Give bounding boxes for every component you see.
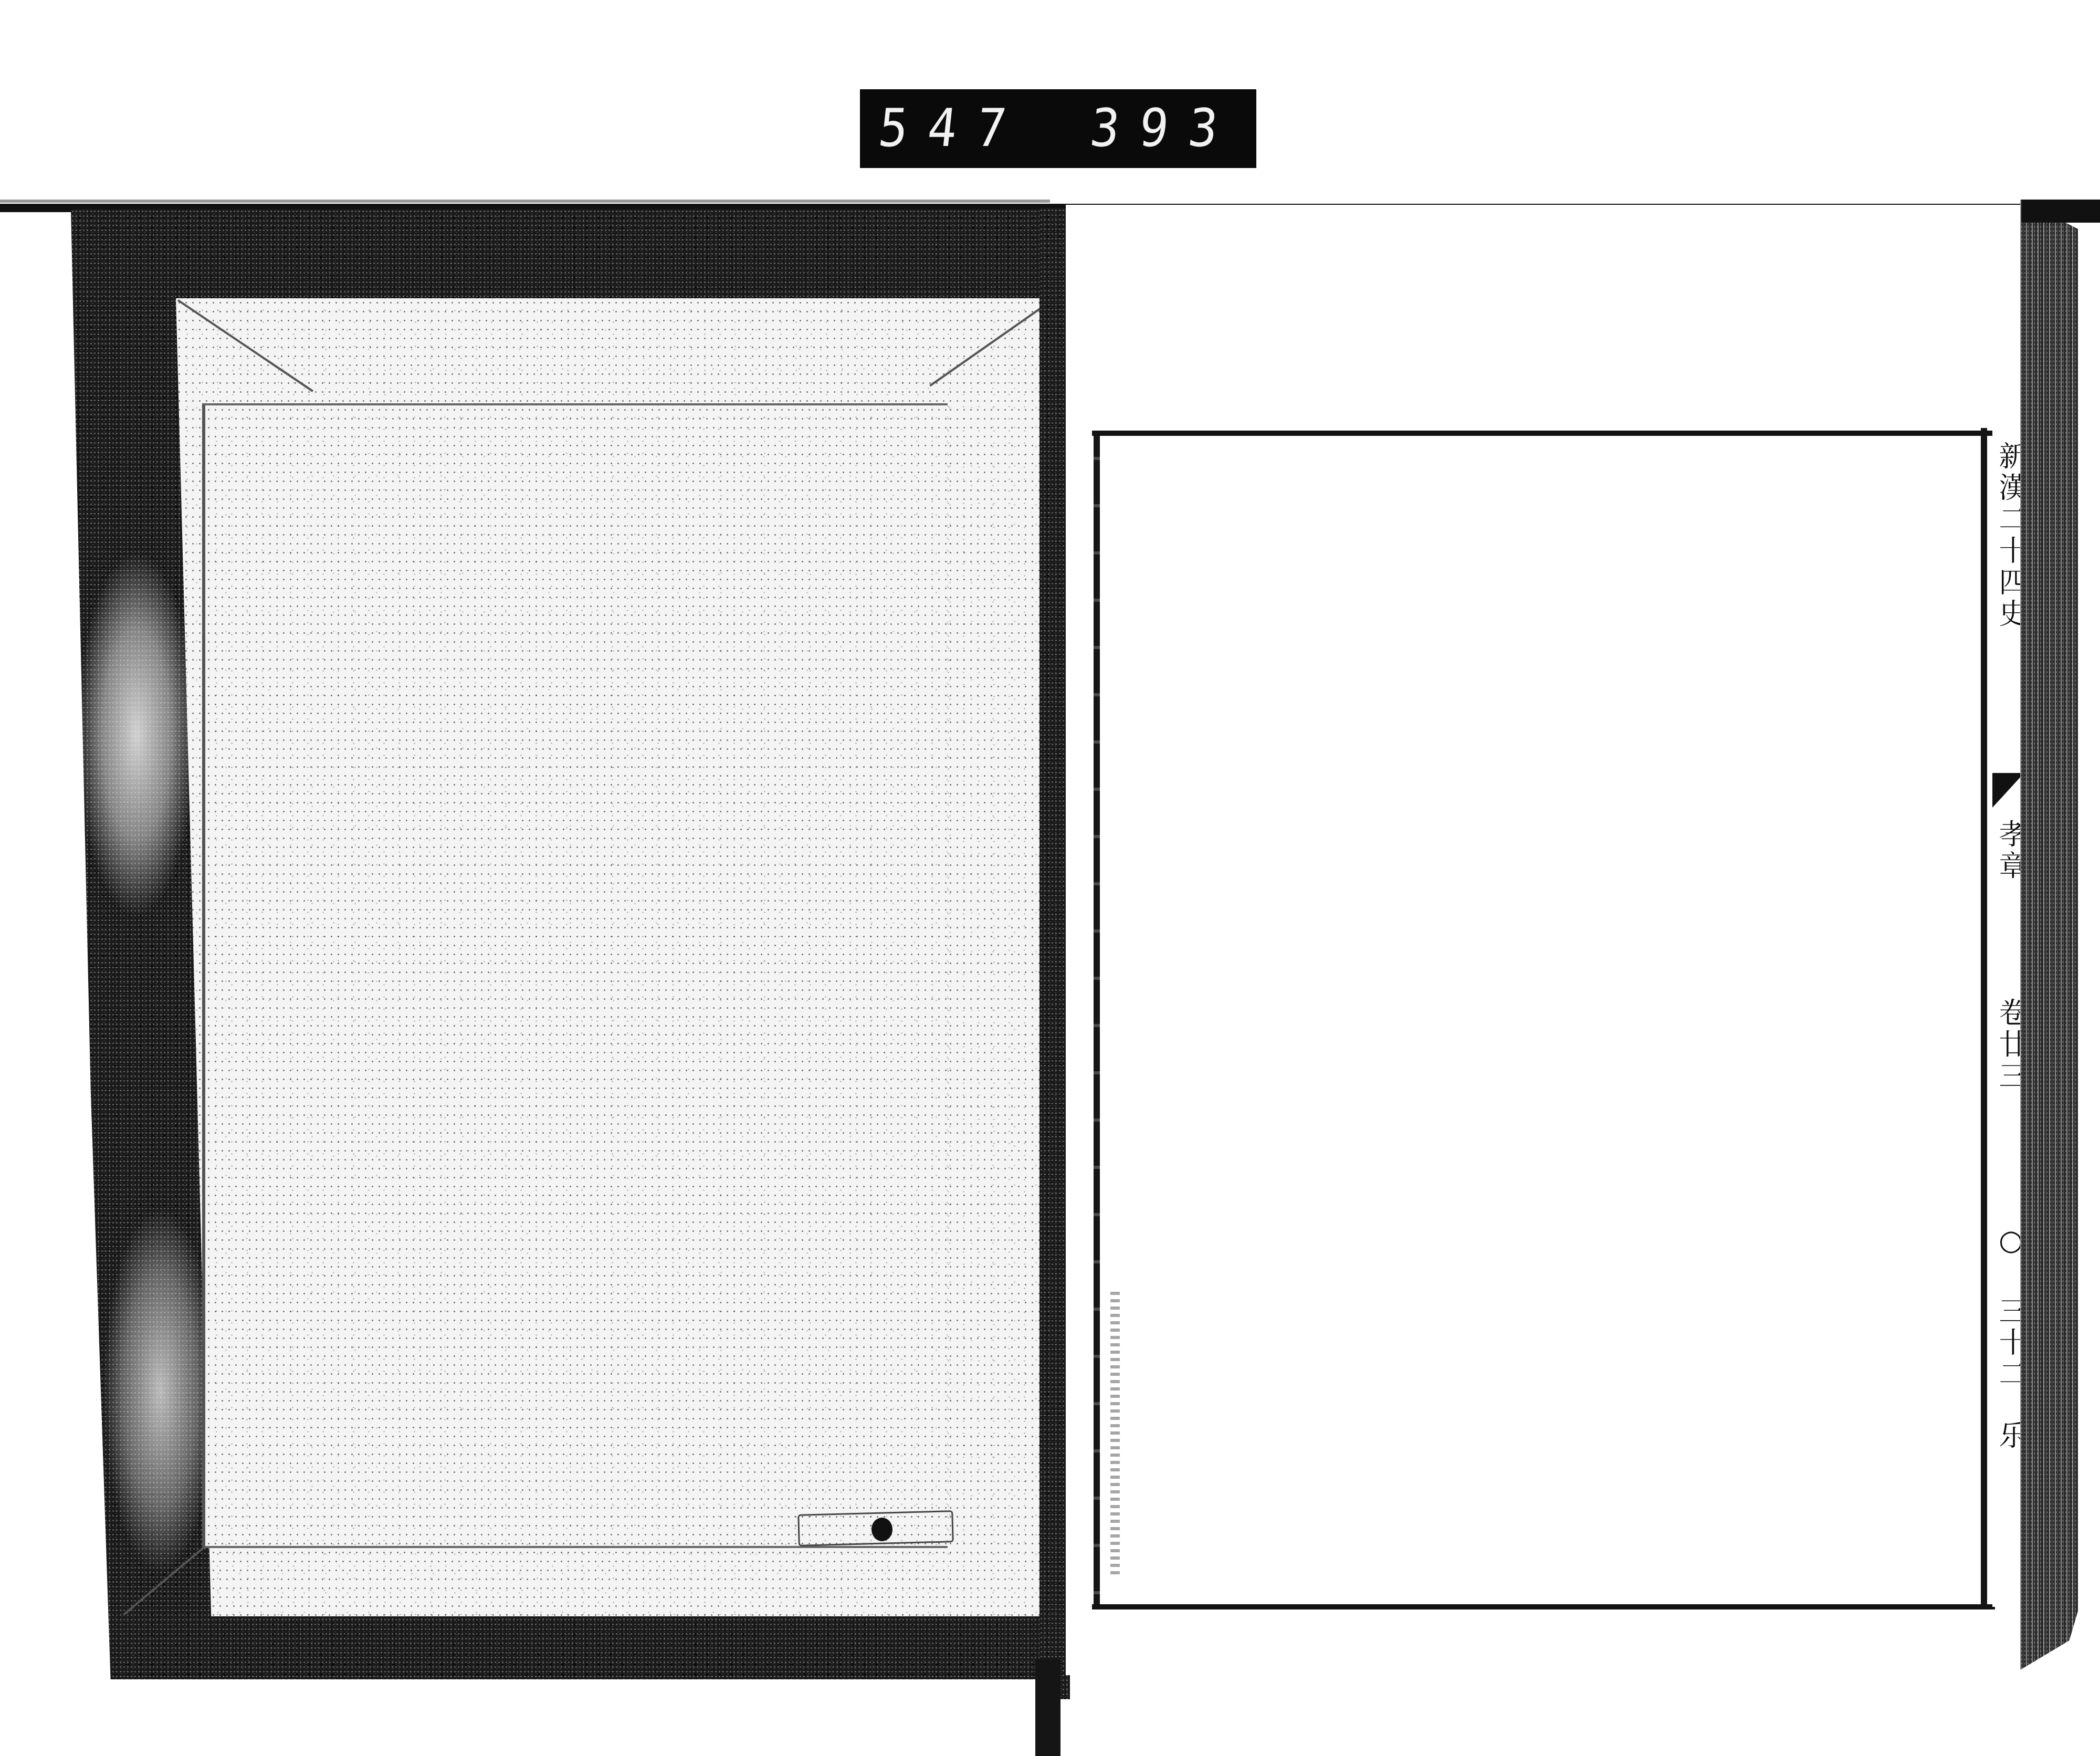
printed-border-left: [1094, 436, 1100, 1604]
frame-number-label: 547 393: [860, 89, 1256, 168]
cover-wear-mark: [102, 1207, 218, 1574]
fore-edge-top: [2021, 200, 2100, 223]
back-cover: [71, 209, 1063, 1679]
bleed-through-text: [1110, 1292, 1120, 1575]
ink-stain: [871, 1518, 892, 1541]
cover-wear-mark: [76, 550, 197, 918]
pastedown-sheet: [202, 403, 948, 1548]
gutter-shadow-tail: [1035, 1659, 1060, 1756]
printed-border-frame: [1092, 431, 1995, 1609]
frame-right-number: 393: [1088, 102, 1241, 154]
frame-left-number: 547: [876, 102, 1029, 154]
fore-edge: [2020, 200, 2078, 1670]
fishtail-marker-icon: [1992, 776, 2021, 808]
printed-border-right: [1981, 428, 1987, 1607]
top-edge-shadow: [0, 200, 1050, 203]
